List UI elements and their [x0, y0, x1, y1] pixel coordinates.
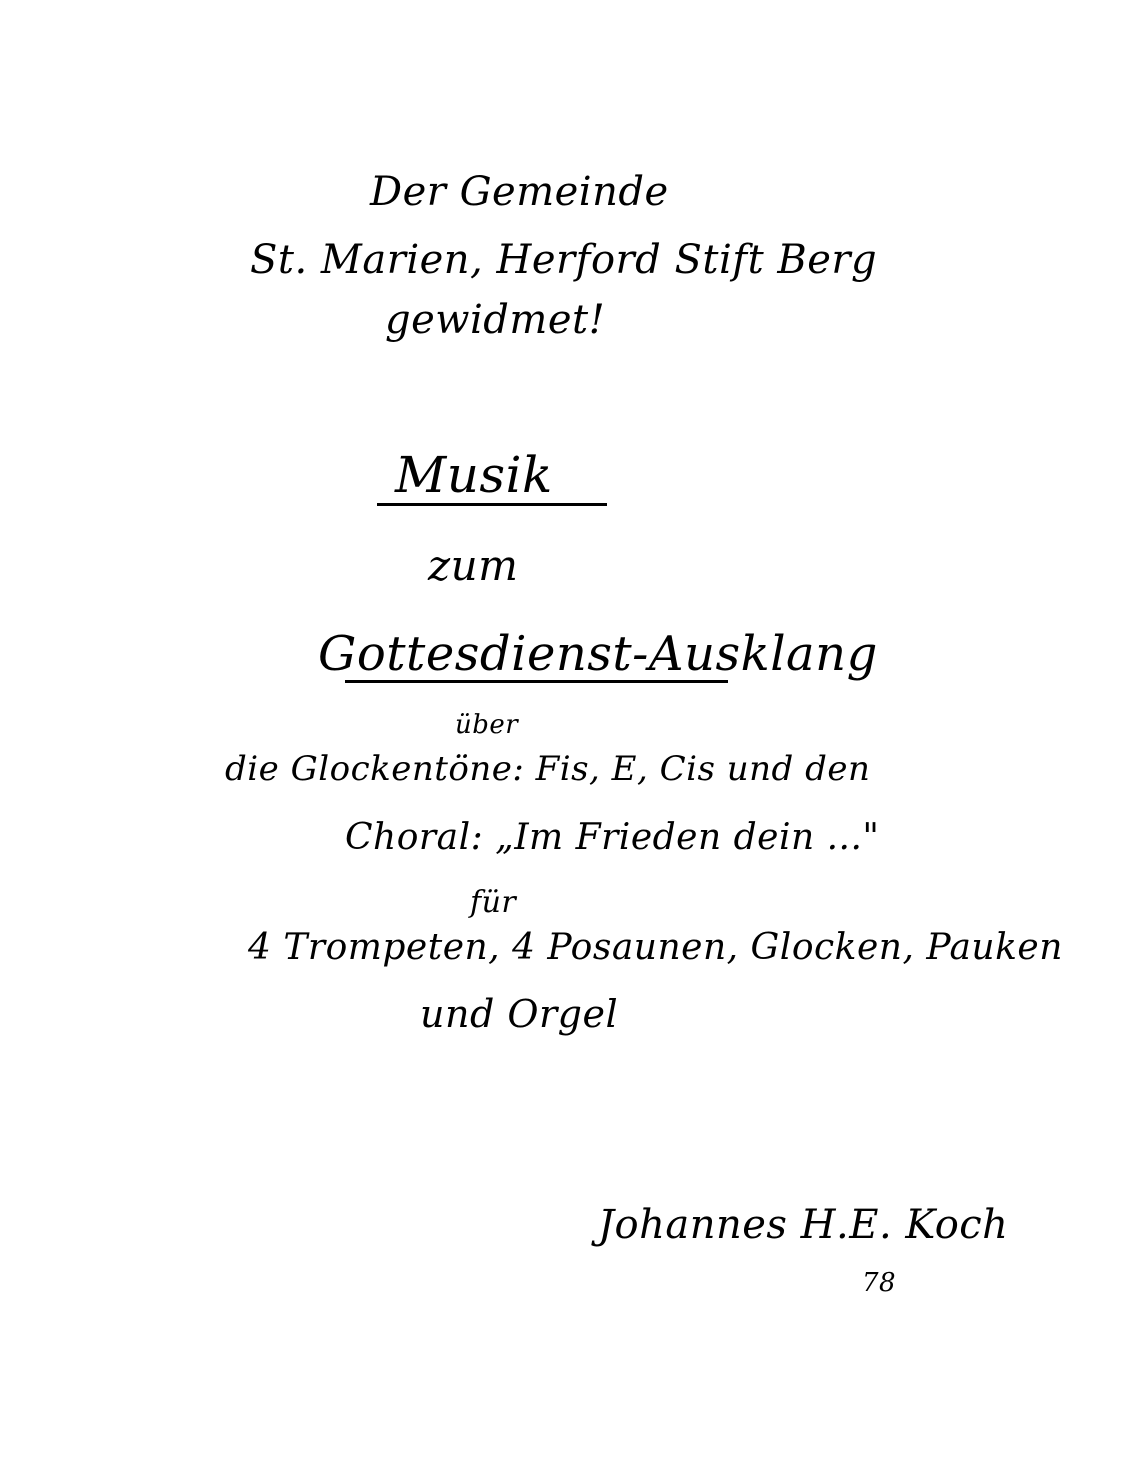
dedication-line-3: gewidmet! — [385, 300, 605, 340]
title-main: Gottesdienst-Ausklang — [318, 630, 878, 678]
title-main-underline — [345, 680, 728, 683]
dedication-line-2: St. Marien, Herford Stift Berg — [250, 240, 877, 280]
subtitle-bells: die Glockentöne: Fis, E, Cis und den — [225, 752, 870, 786]
title-zum: zum — [428, 545, 519, 587]
subtitle-chorale: Choral: „Im Frieden dein ..." — [345, 820, 879, 856]
manuscript-title-page: Der Gemeinde St. Marien, Herford Stift B… — [0, 0, 1134, 1475]
subtitle-over: über — [455, 712, 518, 738]
instrumentation-line-2: und Orgel — [420, 995, 618, 1033]
title-musik: Musik — [395, 450, 553, 500]
dedication-line-1: Der Gemeinde — [370, 172, 669, 212]
instrumentation-line-1: 4 Trompeten, 4 Posaunen, Glocken, Pauken — [248, 930, 1063, 966]
title-musik-underline — [377, 503, 607, 506]
composer-signature: Johannes H.E. Koch — [598, 1205, 1008, 1245]
signature-year: 78 — [862, 1270, 896, 1296]
instrumentation-for: für — [470, 888, 516, 918]
